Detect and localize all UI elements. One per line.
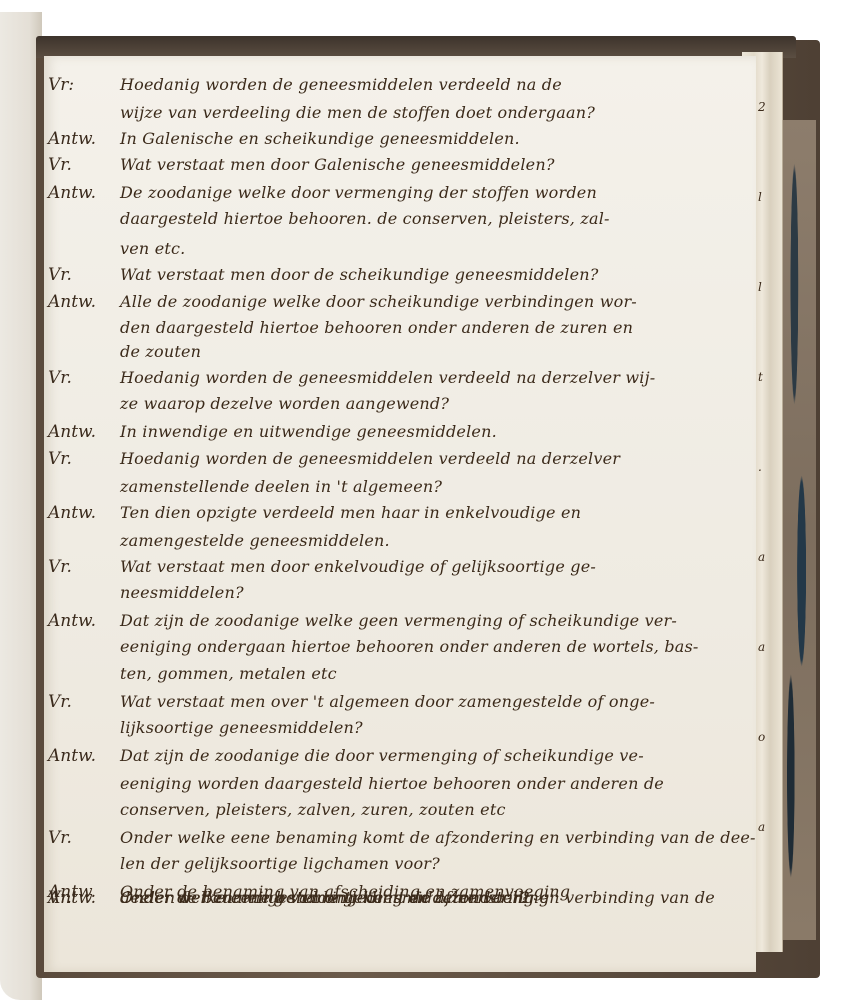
speaker-label: Vr: (48, 75, 74, 95)
line-text: ven etc. (120, 239, 185, 258)
manuscript-line: eeniging worden daargesteld hiertoe beho… (44, 774, 756, 802)
marbled-board (780, 120, 816, 940)
speaker-label: Vr. (48, 265, 72, 285)
manuscript-page: Vr:Hoedanig worden de geneesmiddelen ver… (44, 56, 756, 972)
line-text: Alle de zoodanige welke door scheikundig… (120, 292, 637, 311)
manuscript-line: ten, gommen, metalen etc (44, 664, 756, 692)
line-text: len der gelijksoortige ligchamen voor? (120, 854, 440, 873)
manuscript-line: ven etc. (44, 239, 756, 267)
line-text: Ten dien opzigte verdeeld men haar in en… (120, 503, 581, 522)
speaker-label: Antw. (48, 503, 96, 523)
margin-mark: 2 (758, 100, 766, 114)
margin-mark: a (758, 820, 765, 834)
speaker-label: Antw. (48, 611, 96, 631)
speaker-label: Vr. (48, 155, 72, 175)
speaker-label: Antw. (48, 183, 96, 203)
manuscript-line: daargesteld hiertoe behooren. de conserv… (44, 209, 756, 237)
manuscript-line: Antw.Onder de benaming van ontleding en … (44, 888, 756, 916)
manuscript-line: zamenstellende deelen in 't algemeen? (44, 477, 756, 505)
line-text: Wat verstaat men door de scheikundige ge… (120, 265, 599, 284)
manuscript-line: Vr.Wat verstaat men over 't algemeen doo… (44, 692, 756, 720)
manuscript-line: Antw.Ten dien opzigte verdeeld men haar … (44, 503, 756, 531)
manuscript-line: conserven, pleisters, zalven, zuren, zou… (44, 800, 756, 828)
manuscript-line: Vr.Hoedanig worden de geneesmiddelen ver… (44, 368, 756, 396)
margin-mark: a (758, 550, 765, 564)
line-text: zamenstellende deelen in 't algemeen? (120, 477, 442, 496)
line-text: Onder welke eene benaming komt de afzond… (120, 828, 756, 847)
line-text: Dat zijn de zoodanige die door vermengin… (120, 746, 644, 765)
speaker-label: Vr. (48, 449, 72, 469)
line-text: wijze van verdeeling die men de stoffen … (120, 103, 595, 122)
line-text: In inwendige en uitwendige geneesmiddele… (120, 422, 497, 441)
line-text: Onder de benaming van ontleding en zamen… (120, 888, 549, 907)
margin-mark: l (758, 190, 762, 204)
manuscript-line: len der gelijksoortige ligchamen voor? (44, 854, 756, 882)
margin-mark: a (758, 640, 765, 654)
line-text: neesmiddelen? (120, 583, 244, 602)
line-text: ten, gommen, metalen etc (120, 664, 337, 683)
line-text: Wat verstaat men door Galenische geneesm… (120, 155, 555, 174)
manuscript-line: Vr.Hoedanig worden de geneesmiddelen ver… (44, 449, 756, 477)
speaker-label: Antw. (48, 746, 96, 766)
margin-mark: o (758, 730, 765, 744)
manuscript-line: neesmiddelen? (44, 583, 756, 611)
manuscript-line: Vr.Wat verstaat men door de scheikundige… (44, 265, 756, 293)
line-text: Dat zijn de zoodanige welke geen vermeng… (120, 611, 677, 630)
manuscript-line: ze waarop dezelve worden aangewend? (44, 394, 756, 422)
manuscript-line: Vr.Onder welke eene benaming komt de afz… (44, 828, 756, 856)
line-text: Wat verstaat men door enkelvoudige of ge… (120, 557, 596, 576)
speaker-label: Antw. (48, 422, 96, 442)
manuscript-line: Vr.Wat verstaat men door enkelvoudige of… (44, 557, 756, 585)
speaker-label: Vr. (48, 692, 72, 712)
manuscript-line: Vr:Hoedanig worden de geneesmiddelen ver… (44, 75, 756, 103)
manuscript-line: zamengestelde geneesmiddelen. (44, 531, 756, 559)
manuscript-line: wijze van verdeeling die men de stoffen … (44, 103, 756, 131)
cover-top-edge (36, 36, 796, 58)
manuscript-line: Antw.Dat zijn de zoodanige die door verm… (44, 746, 756, 774)
manuscript-line: Antw.De zoodanige welke door vermenging … (44, 183, 756, 211)
speaker-label: Vr. (48, 368, 72, 388)
line-text: eeniging worden daargesteld hiertoe beho… (120, 774, 664, 793)
margin-mark: l (758, 280, 762, 294)
line-text: Hoedanig worden de geneesmiddelen verdee… (120, 75, 562, 94)
margin-mark: t (758, 370, 763, 384)
line-text: eeniging ondergaan hiertoe behooren onde… (120, 637, 699, 656)
line-text: zamengestelde geneesmiddelen. (120, 531, 390, 550)
manuscript-line: Antw.In inwendige en uitwendige geneesmi… (44, 422, 756, 450)
line-text: lijksoortige geneesmiddelen? (120, 718, 363, 737)
manuscript-line: de zouten (44, 342, 756, 370)
line-text: In Galenische en scheikundige geneesmidd… (120, 129, 520, 148)
manuscript-line: Antw.Dat zijn de zoodanige welke geen ve… (44, 611, 756, 639)
manuscript-line: Antw.In Galenische en scheikundige genee… (44, 129, 756, 157)
line-text: de zouten (120, 342, 201, 361)
margin-marks: 2llt.aaoa (756, 100, 776, 900)
speaker-label: Antw. (48, 888, 96, 908)
line-text: Wat verstaat men over 't algemeen door z… (120, 692, 655, 711)
manuscript-line: Antw.Alle de zoodanige welke door scheik… (44, 292, 756, 320)
speaker-label: Antw. (48, 129, 96, 149)
speaker-label: Vr. (48, 557, 72, 577)
line-text: Hoedanig worden de geneesmiddelen verdee… (120, 368, 655, 387)
line-text: ze waarop dezelve worden aangewend? (120, 394, 449, 413)
line-text: den daargesteld hiertoe behooren onder a… (120, 318, 633, 337)
manuscript-line: Vr.Wat verstaat men door Galenische gene… (44, 155, 756, 183)
speaker-label: Antw. (48, 292, 96, 312)
line-text: conserven, pleisters, zalven, zuren, zou… (120, 800, 506, 819)
line-text: De zoodanige welke door vermenging der s… (120, 183, 597, 202)
manuscript-line: lijksoortige geneesmiddelen? (44, 718, 756, 746)
margin-mark: . (758, 460, 762, 474)
line-text: Hoedanig worden de geneesmiddelen verdee… (120, 449, 620, 468)
manuscript-line: eeniging ondergaan hiertoe behooren onde… (44, 637, 756, 665)
line-text: daargesteld hiertoe behooren. de conserv… (120, 209, 610, 228)
speaker-label: Vr. (48, 828, 72, 848)
